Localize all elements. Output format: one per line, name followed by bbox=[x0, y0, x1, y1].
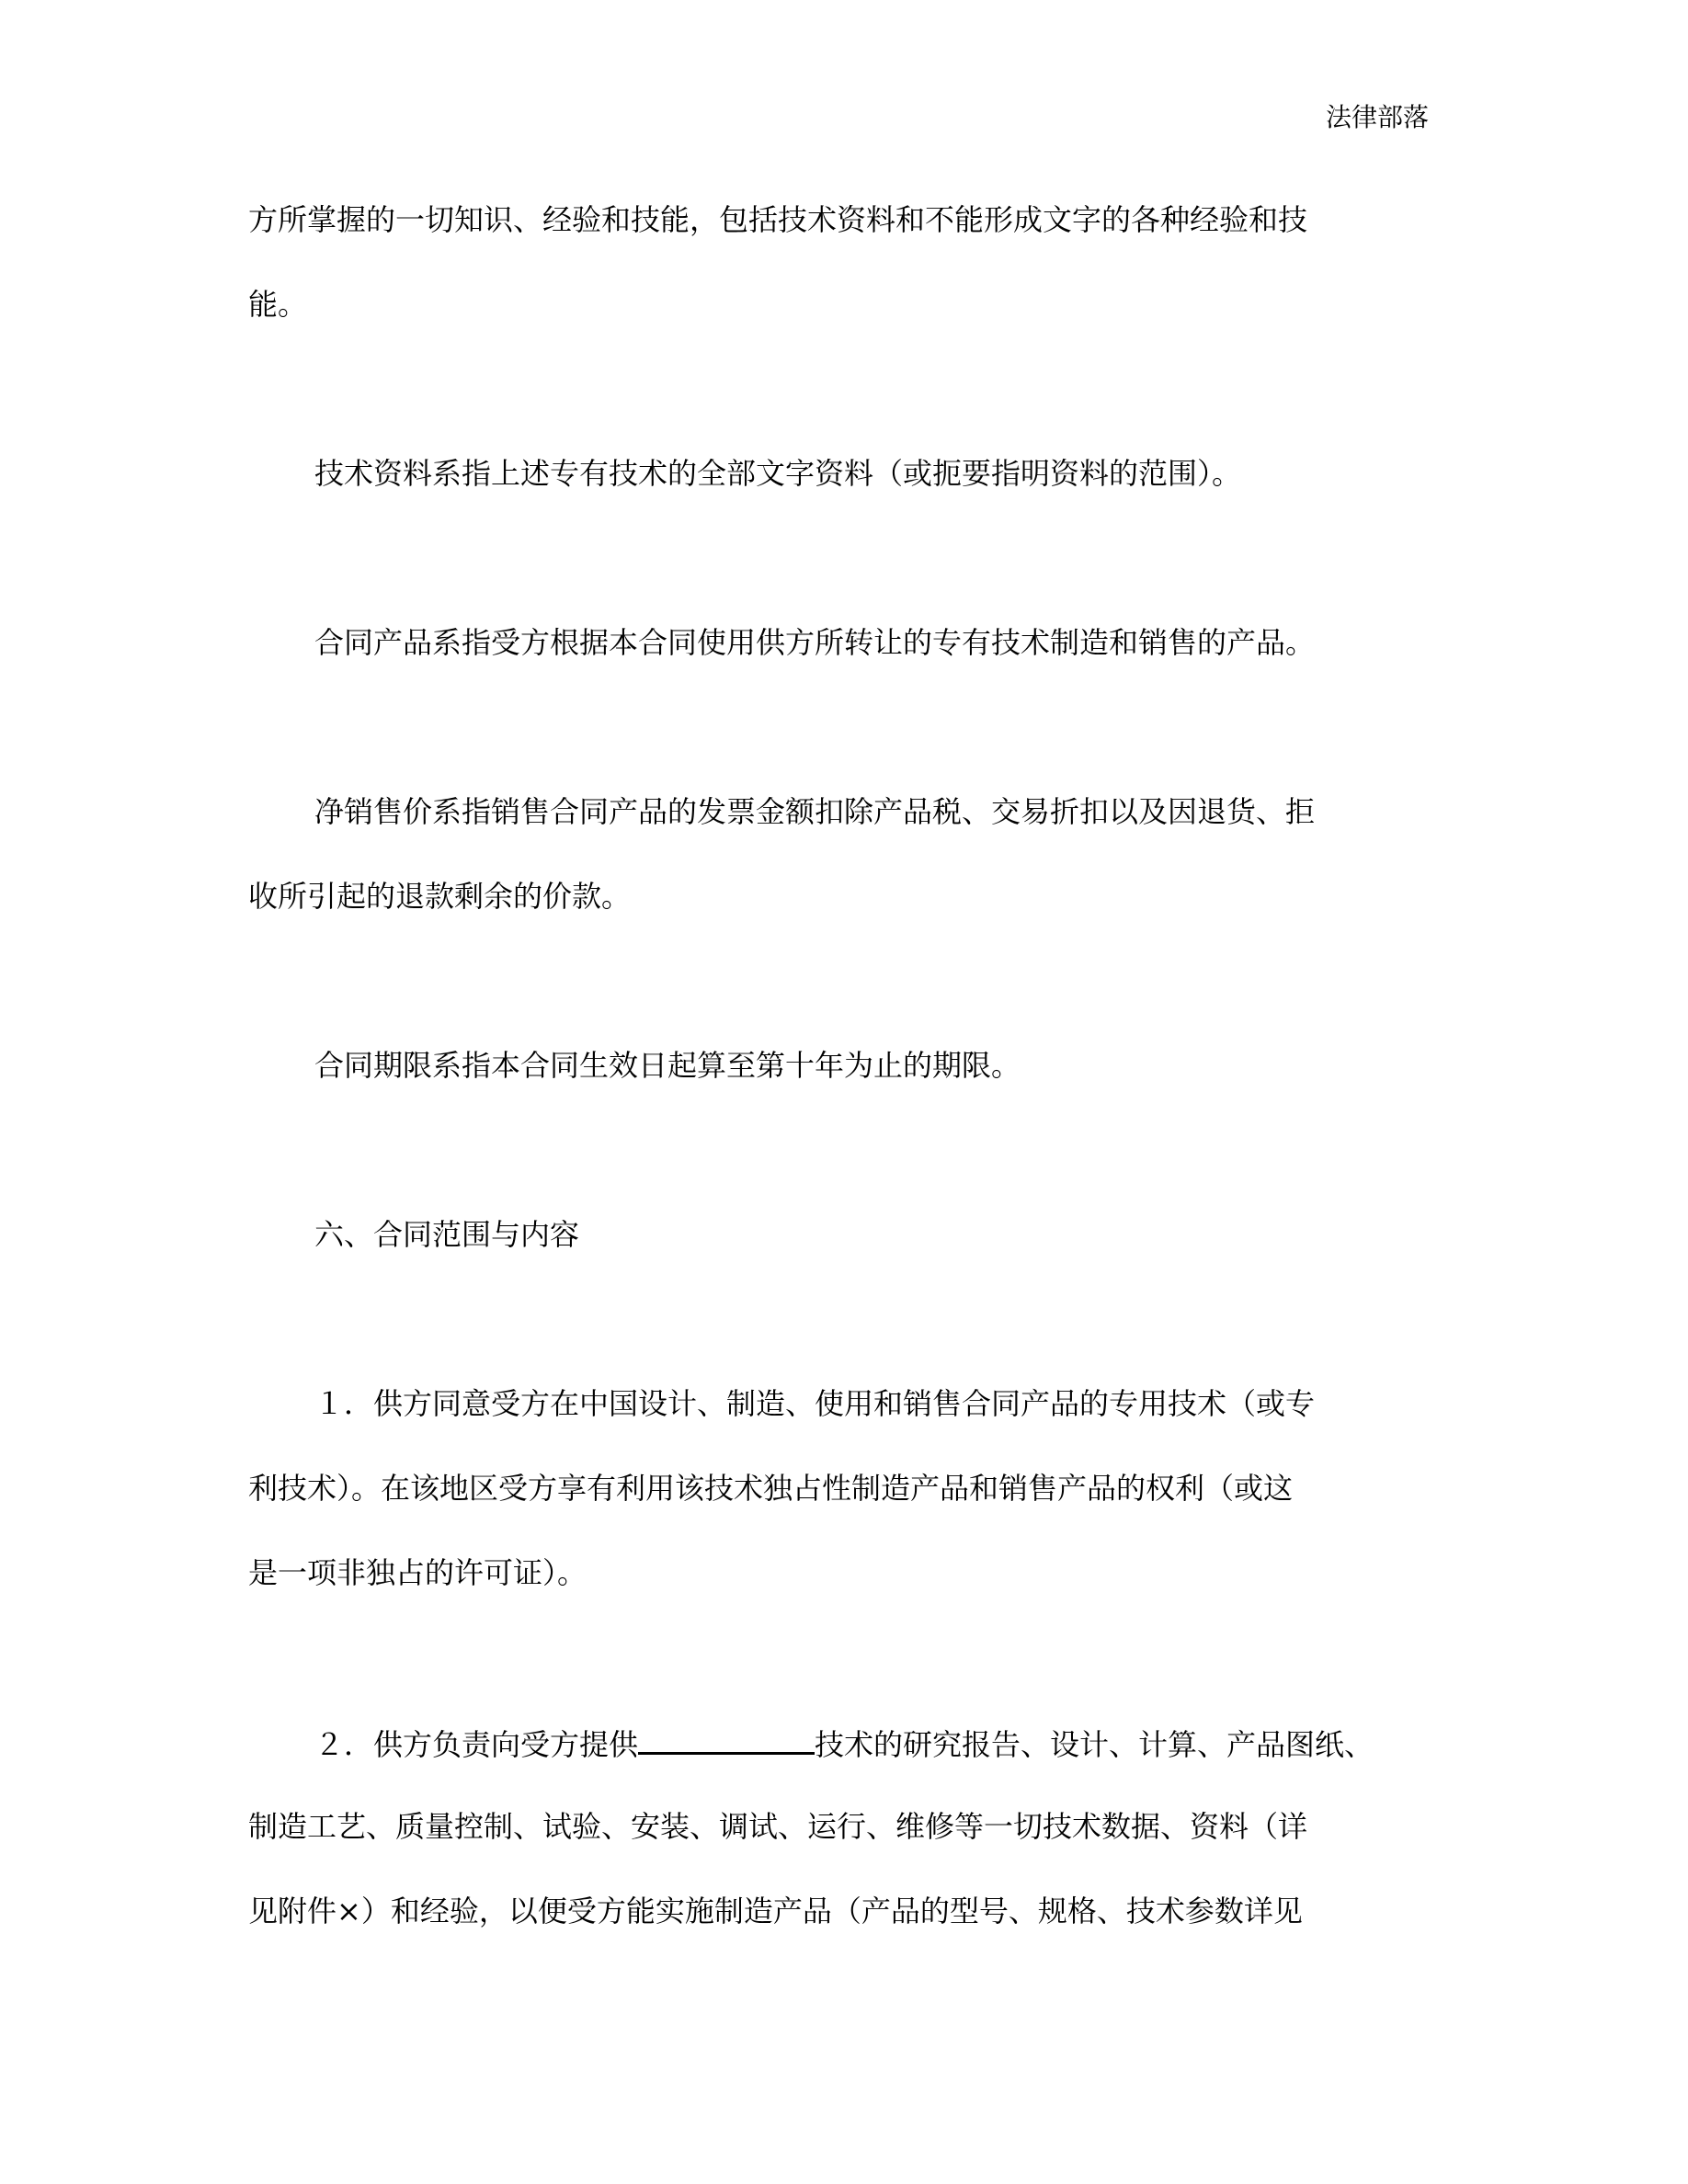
text-line: 收所引起的退款剩余的价款。 bbox=[248, 875, 1440, 960]
text-line: ２．供方负责向受方提供技术的研究报告、设计、计算、产品图纸、 bbox=[248, 1721, 1440, 1805]
paragraph-knowhow-definition: 方所掌握的一切知识、经验和技能，包括技术资料和不能形成文字的各种经验和技 能。 bbox=[248, 199, 1440, 368]
paragraph-net-sales-price-definition: 净销售价系指销售合同产品的发票金额扣除产品税、交易折扣以及因退货、拒 收所引起的… bbox=[248, 791, 1440, 960]
text-line: 合同期限系指本合同生效日起算至第十年为止的期限。 bbox=[248, 1044, 1440, 1129]
text-line: 技术资料系指上述专有技术的全部文字资料（或扼要指明资料的范围）。 bbox=[248, 452, 1440, 537]
text-line: １．供方同意受方在中国设计、制造、使用和销售合同产品的专用技术（或专 bbox=[248, 1382, 1440, 1467]
text-line: 利技术）。在该地区受方享有利用该技术独占性制造产品和销售产品的权利（或这 bbox=[248, 1467, 1440, 1552]
section-heading: 六、合同范围与内容 bbox=[248, 1213, 1440, 1298]
paragraph-contract-product-definition: 合同产品系指受方根据本合同使用供方所转让的专有技术制造和销售的产品。 bbox=[248, 621, 1440, 706]
page-header: 法律部落 bbox=[1326, 99, 1429, 136]
fill-in-blank[interactable] bbox=[638, 1721, 815, 1755]
text-line: 方所掌握的一切知识、经验和技能，包括技术资料和不能形成文字的各种经验和技 bbox=[248, 199, 1440, 283]
document-body: 方所掌握的一切知识、经验和技能，包括技术资料和不能形成文字的各种经验和技 能。 … bbox=[248, 199, 1440, 1974]
text-line: 见附件×）和经验，以便受方能实施制造产品（产品的型号、规格、技术参数详见 bbox=[248, 1890, 1440, 1974]
clause-2-suffix: 技术的研究报告、设计、计算、产品图纸、 bbox=[815, 1727, 1374, 1762]
paragraph-contract-term-definition: 合同期限系指本合同生效日起算至第十年为止的期限。 bbox=[248, 1044, 1440, 1129]
text-line: 能。 bbox=[248, 283, 1440, 368]
section-six-heading: 六、合同范围与内容 bbox=[248, 1213, 1440, 1298]
text-line: 合同产品系指受方根据本合同使用供方所转让的专有技术制造和销售的产品。 bbox=[248, 621, 1440, 706]
text-line: 是一项非独占的许可证）。 bbox=[248, 1552, 1440, 1636]
clause-1: １．供方同意受方在中国设计、制造、使用和销售合同产品的专用技术（或专 利技术）。… bbox=[248, 1382, 1440, 1636]
text-line: 制造工艺、质量控制、试验、安装、调试、运行、维修等一切技术数据、资料（详 bbox=[248, 1805, 1440, 1890]
clause-2: ２．供方负责向受方提供技术的研究报告、设计、计算、产品图纸、 制造工艺、质量控制… bbox=[248, 1721, 1440, 1974]
paragraph-technical-data-definition: 技术资料系指上述专有技术的全部文字资料（或扼要指明资料的范围）。 bbox=[248, 452, 1440, 537]
clause-2-prefix: ２．供方负责向受方提供 bbox=[314, 1727, 638, 1762]
text-line: 净销售价系指销售合同产品的发票金额扣除产品税、交易折扣以及因退货、拒 bbox=[248, 791, 1440, 875]
